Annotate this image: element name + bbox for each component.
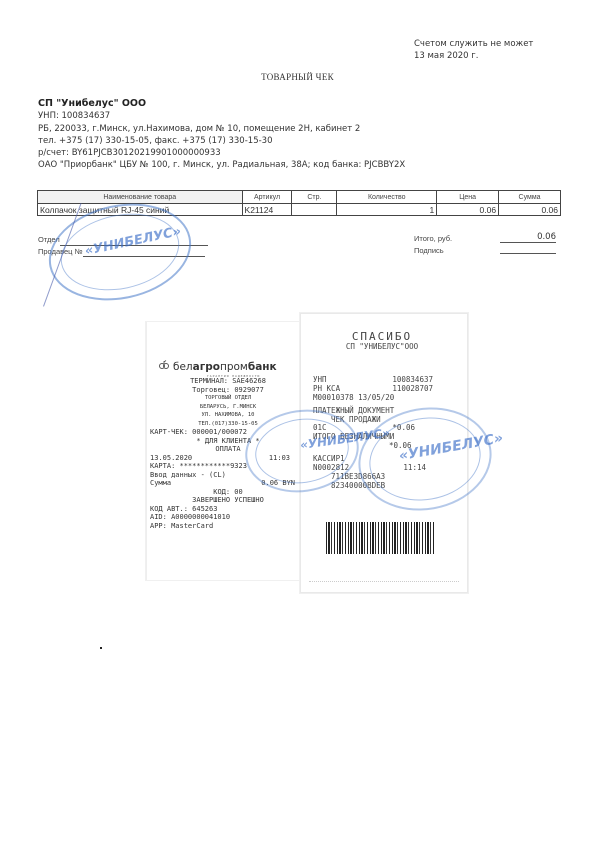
company-name: СП "Унибелус" ООО [38, 98, 405, 110]
validity-notice: Счетом служить не может 13 мая 2020 г. [414, 38, 533, 62]
slip-date: 13.05.2020 [150, 454, 192, 463]
company-unp: УНП: 100834637 [38, 110, 405, 122]
sum-label: Сумма [150, 479, 171, 488]
city: БЕЛАРУСЬ, Г.МИНСК [158, 403, 298, 412]
cell-price: 0.06 [437, 204, 499, 216]
total-label: Итого, руб. [414, 233, 452, 245]
rn-value: 110028707 [392, 385, 433, 394]
bank-logo-icon [159, 360, 169, 370]
company-account: р/счет: BY61PJCB30120219901000000933 [38, 147, 405, 159]
col-name: Наименование товара [38, 191, 243, 204]
logo-part-1: бел [173, 361, 193, 373]
cell-qty: 1 [337, 204, 437, 216]
company-details: СП "Унибелус" ООО УНП: 100834637 РБ, 220… [38, 98, 405, 172]
company-bank: ОАО "Приорбанк" ЦБУ № 100, г. Минск, ул.… [38, 159, 405, 171]
company-address: РБ, 220033, г.Минск, ул.Нахимова, дом № … [38, 123, 405, 135]
tear-line [309, 581, 459, 582]
cell-article: K21124 [242, 204, 292, 216]
completed: ЗАВЕРШЕНО УСПЕШНО [158, 496, 298, 505]
total-value: 0.06 [500, 232, 556, 243]
logo-part-2: агро [193, 361, 220, 373]
logo-part-3: пром [220, 361, 248, 373]
signature-label: Подпись [414, 245, 452, 257]
notice-line-1: Счетом служить не может [414, 38, 533, 50]
cell-str [292, 204, 337, 216]
table-header-row: Наименование товара Артикул Стр. Количес… [38, 191, 561, 204]
cell-sum: 0.06 [499, 204, 561, 216]
document-title: ТОВАРНЫЙ ЧЕК [0, 72, 595, 82]
company-phone: тел. +375 (17) 330-15-05, факс. +375 (17… [38, 135, 405, 147]
shop: ТОРГОВЫЙ ОТДЕЛ [158, 394, 298, 403]
col-sum: Сумма [499, 191, 561, 204]
terminal: ТЕРМИНАЛ: SAE46268 [158, 377, 298, 386]
doc-line: М00010378 13/05/20 [313, 394, 463, 403]
col-price: Цена [437, 191, 499, 204]
footer-right: Итого, руб. Подпись [414, 233, 452, 256]
logo-part-4: банк [248, 361, 277, 373]
aid: AID: A0000000041010 [150, 513, 298, 522]
merchant: Торговец: 0929077 [158, 386, 298, 395]
notice-date: 13 мая 2020 г. [414, 50, 533, 62]
auth-code: КОД АВТ.: 645263 [150, 505, 298, 514]
col-article: Артикул [242, 191, 292, 204]
barcode [326, 522, 436, 554]
col-str: Стр. [292, 191, 337, 204]
app: APP: MasterCard [150, 522, 298, 531]
col-qty: Количество [337, 191, 437, 204]
scan-speck [100, 647, 102, 649]
receipt-company: СП "УНИБЕЛУС"ООО [301, 343, 463, 352]
bank-logo: белагропромбанк [159, 360, 277, 373]
signature-line [500, 252, 556, 254]
